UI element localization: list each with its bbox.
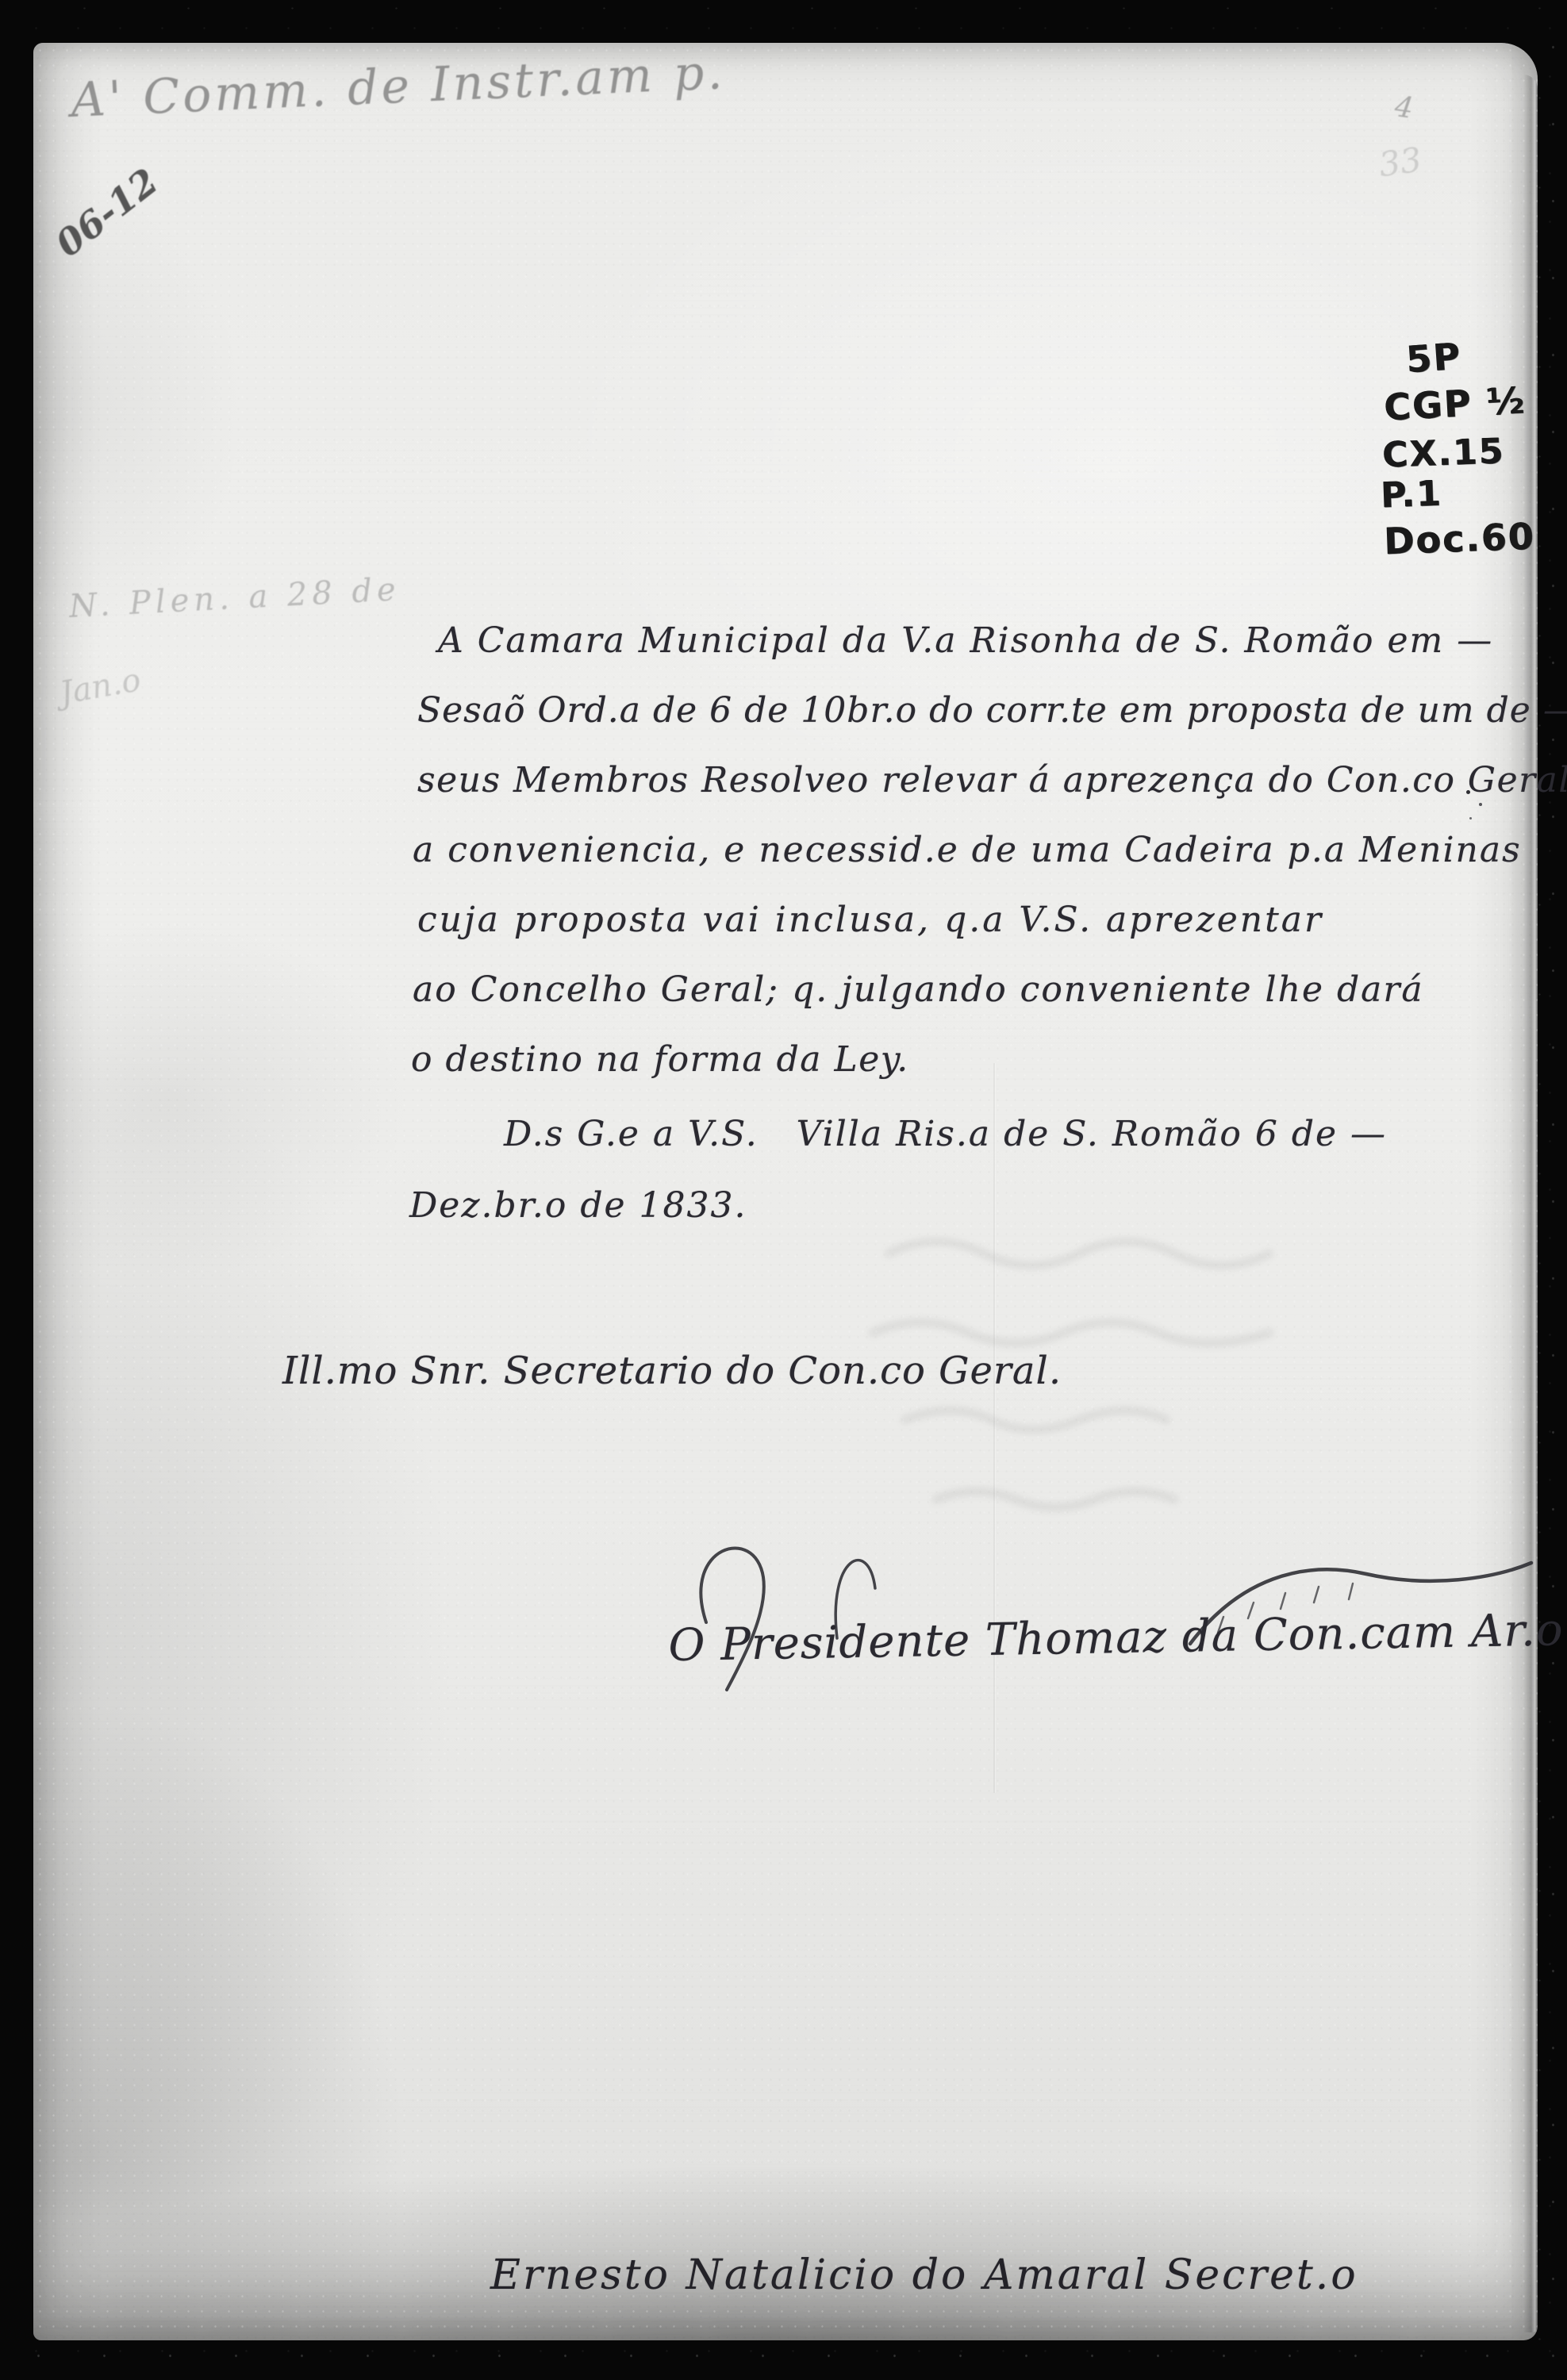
letter-line-1: A Camara Municipal da V.a Risonha de S. … xyxy=(438,620,1493,661)
archive-code-box: CX.15 xyxy=(1381,431,1505,475)
letter-line-6: ao Concelho Geral; q. julgando convenien… xyxy=(413,969,1424,1010)
dateline-place: D.s G.e a V.S. Villa Ris.a de S. Romão 6… xyxy=(504,1114,1387,1154)
letter-line-4: a conveniencia, e necessid.e de uma Cade… xyxy=(413,830,1522,870)
dateline-year: Dez.br.o de 1833. xyxy=(409,1185,747,1226)
ink-spatter-dot xyxy=(1449,779,1451,781)
addressee-line: Ill.mo Snr. Secretario do Con.co Geral. xyxy=(282,1349,1062,1393)
ink-spatter-dot xyxy=(1469,817,1472,820)
archive-code-group: CGP ½ xyxy=(1383,378,1527,428)
ink-spatter-dot xyxy=(1479,803,1482,806)
corner-mark-secondary: 33 xyxy=(1377,140,1424,185)
scanned-document: { "page": { "kind": "scanned manuscript … xyxy=(0,0,1567,2380)
letter-line-3: seus Membros Resolveo relevar á aprezenç… xyxy=(417,760,1567,800)
archive-code-fund: 5P xyxy=(1404,335,1462,382)
archive-code-folder: P.1 xyxy=(1380,474,1442,516)
ink-spatter-dot xyxy=(1466,790,1470,794)
secretary-signature: Ernesto Natalicio do Amaral Secret.o xyxy=(490,2251,1358,2299)
letter-line-7: o destino na forma da Ley. xyxy=(411,1039,909,1080)
letter-line-2: Sesaõ Ord.a de 6 de 10br.o do corr.te em… xyxy=(417,690,1567,731)
letter-line-5: cuja proposta vai inclusa, q.a V.S. apre… xyxy=(417,900,1323,940)
archive-code-document: Doc.60 xyxy=(1383,515,1535,563)
